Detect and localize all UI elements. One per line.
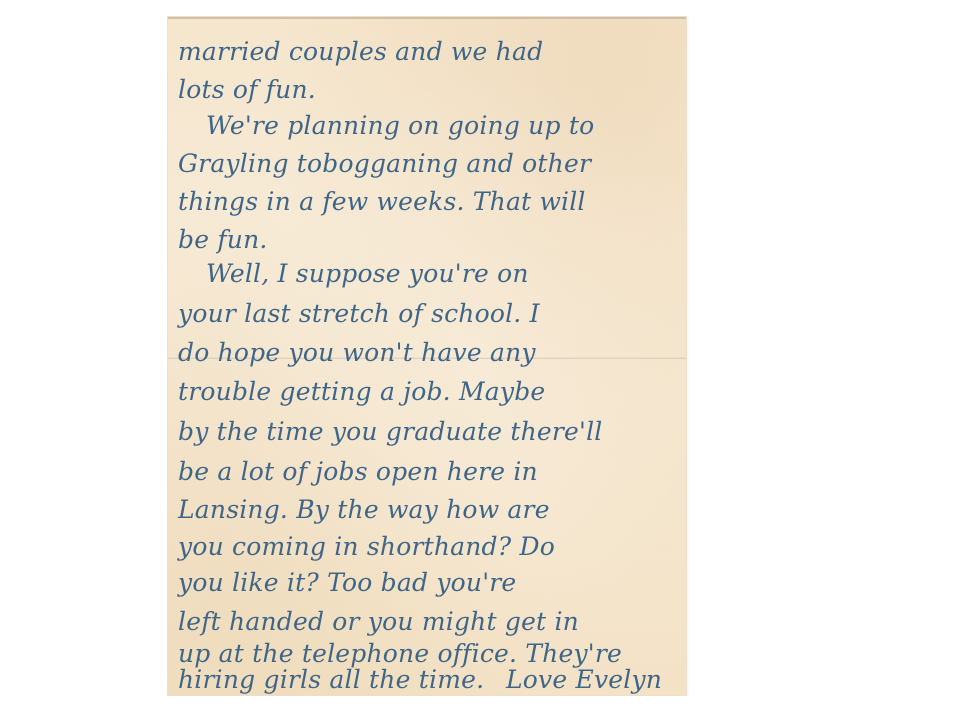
letter-line: do hope you won't have any <box>178 340 536 365</box>
letter-line: up at the telephone office. They're <box>178 641 622 666</box>
letter-line: married couples and we had <box>178 39 543 64</box>
letter-line: be a lot of jobs open here in <box>178 459 538 484</box>
letter-line: Grayling tobogganing and other <box>178 151 591 176</box>
letter-line: by the time you graduate there'll <box>178 419 602 444</box>
letter-line: lots of fun. <box>178 77 316 102</box>
letter-line: be fun. <box>178 227 268 252</box>
letter-line: trouble getting a job. Maybe <box>178 379 545 404</box>
signature: Love Evelyn <box>506 667 662 692</box>
letter-line: Well, I suppose you're on <box>206 261 529 286</box>
letter-line: you like it? Too bad you're <box>178 570 516 595</box>
letter-line: We're planning on going up to <box>206 113 594 138</box>
letter-line: Lansing. By the way how are <box>178 497 550 522</box>
letter-page: married couples and we had lots of fun. … <box>168 17 686 695</box>
letter-line: you coming in shorthand? Do <box>178 534 555 559</box>
scan-canvas: married couples and we had lots of fun. … <box>0 0 960 720</box>
letter-line: hiring girls all the time. <box>178 667 484 692</box>
letter-line: left handed or you might get in <box>178 609 579 634</box>
letter-line: your last stretch of school. I <box>178 301 540 326</box>
letter-line: things in a few weeks. That will <box>178 189 586 214</box>
paper-edge <box>168 17 686 19</box>
